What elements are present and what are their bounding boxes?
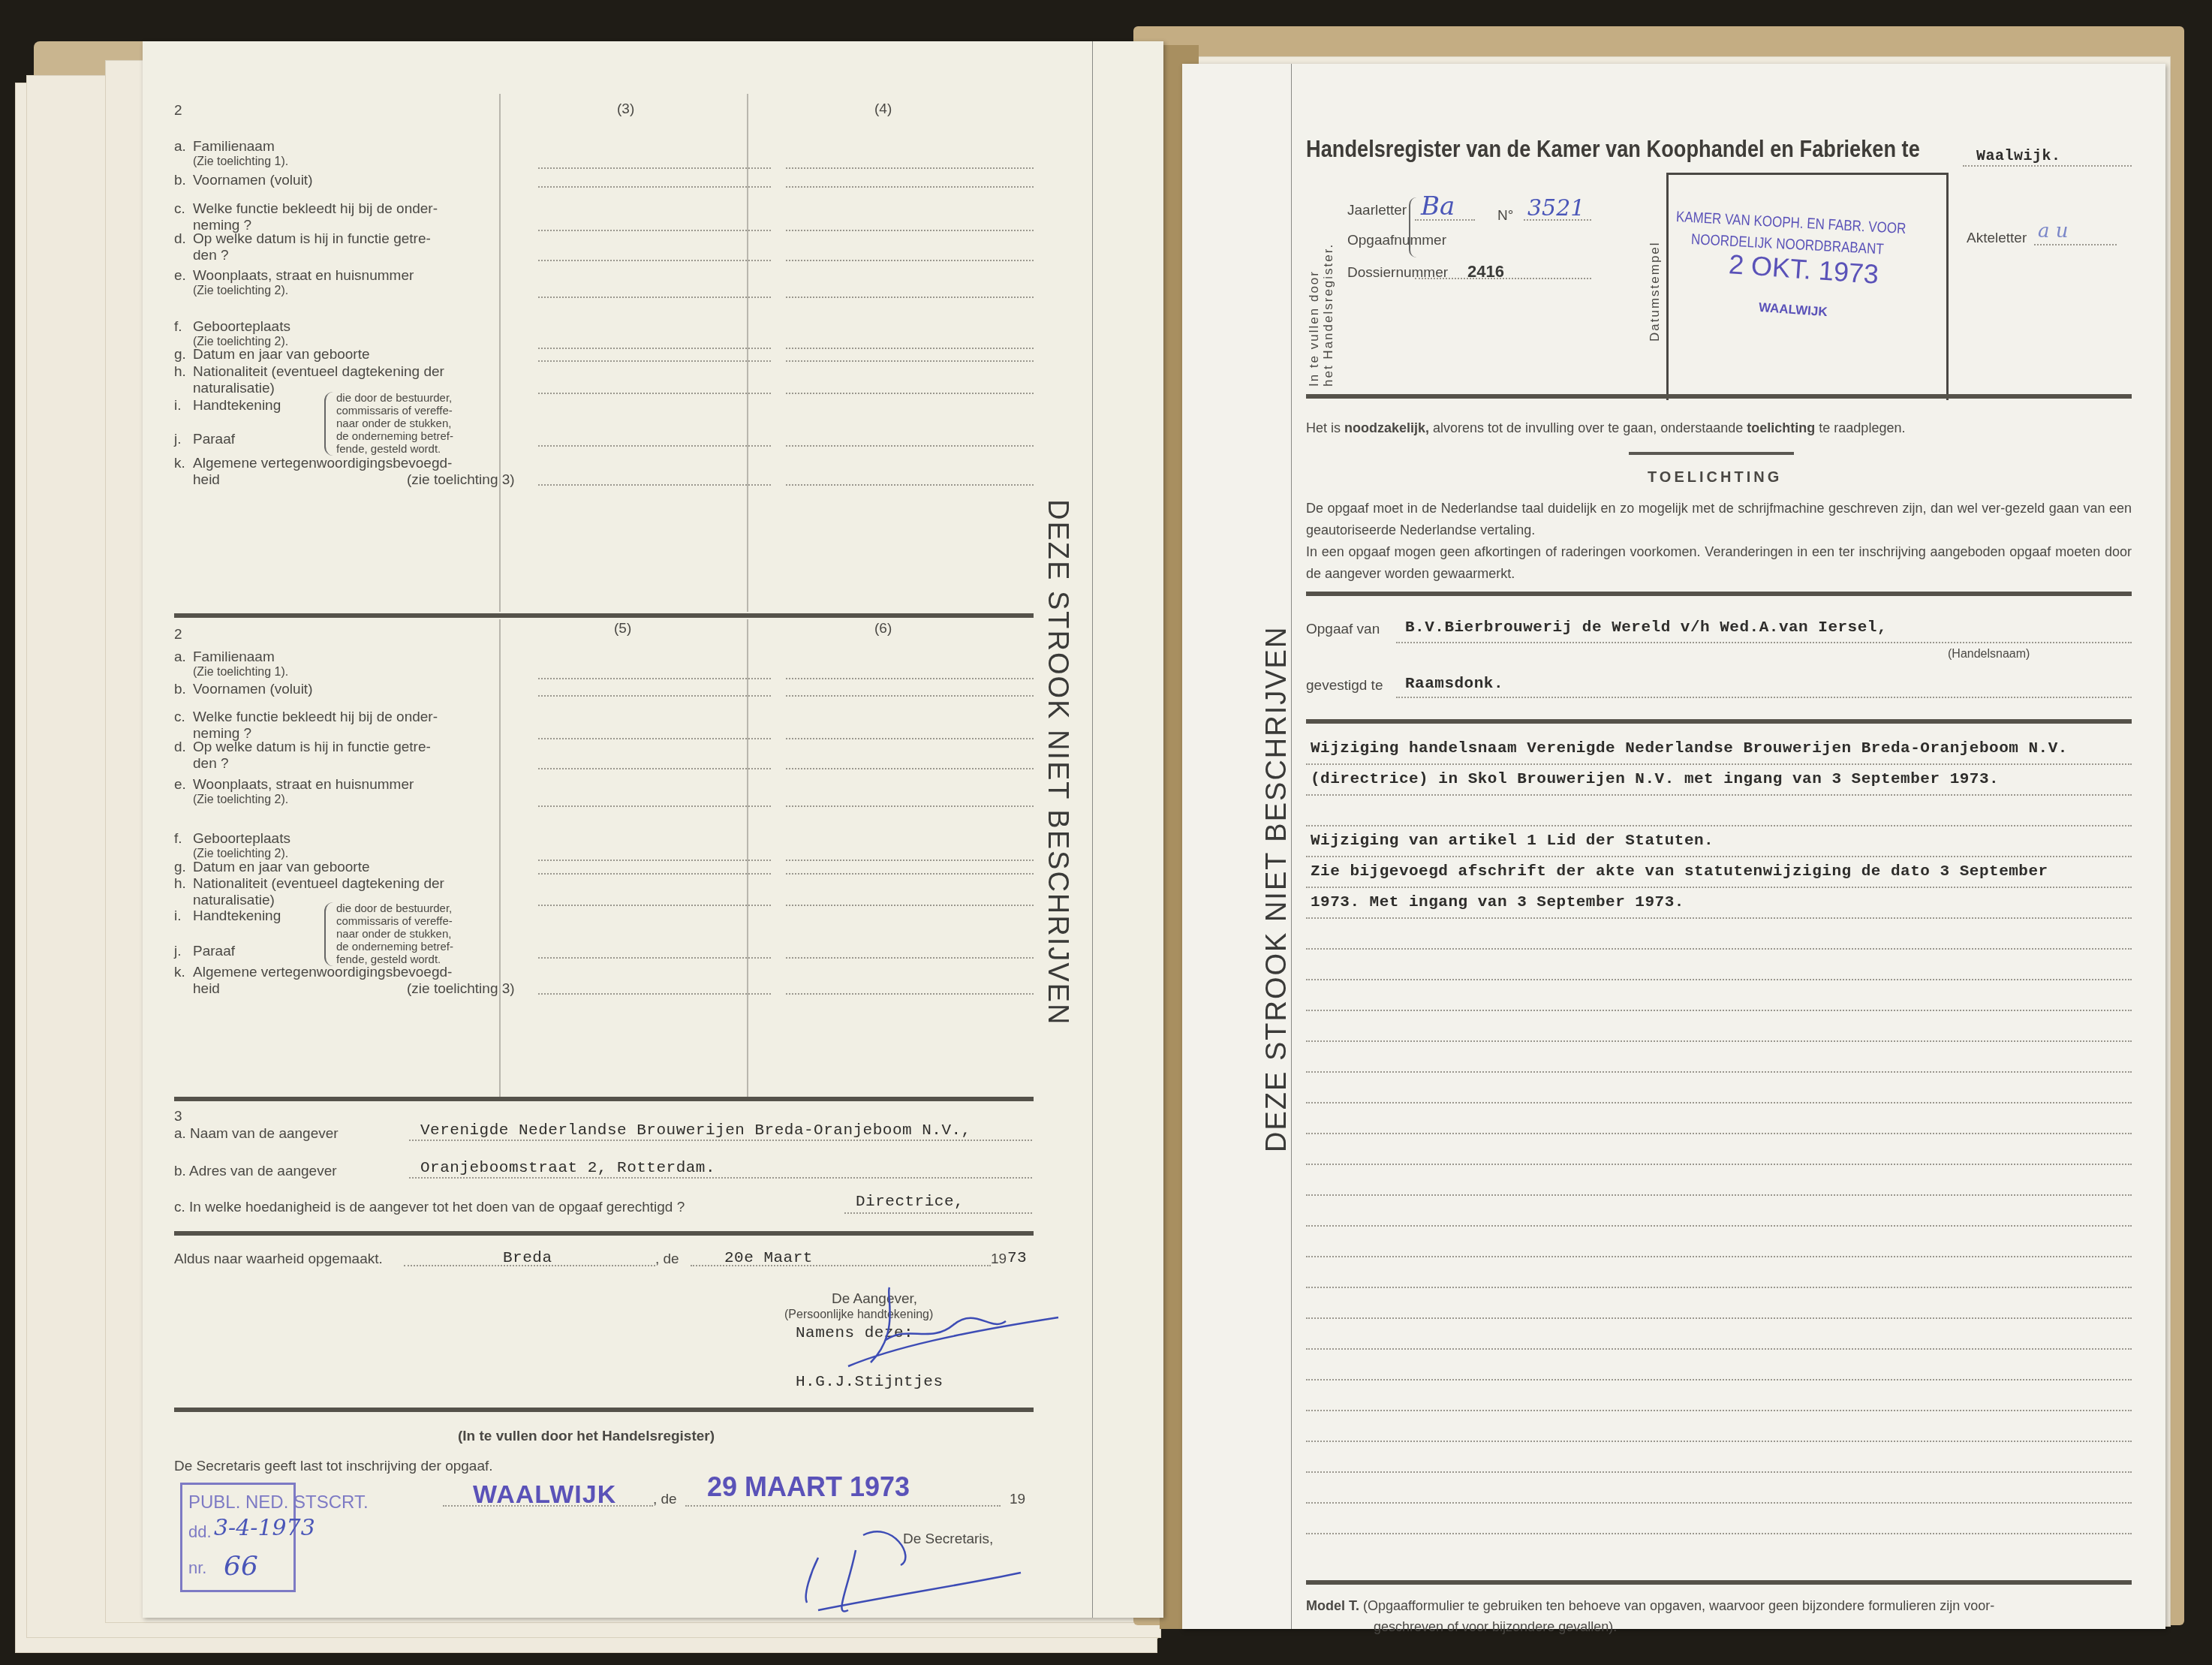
- field-label: Voornamen (voluit): [193, 682, 312, 698]
- entry-line[interactable]: [538, 348, 771, 349]
- entry-line[interactable]: [538, 186, 771, 188]
- column-header: (4): [874, 101, 892, 118]
- side-label-line: In te vullen door: [1307, 243, 1321, 387]
- column-header: (5): [614, 621, 631, 637]
- field-label: Woonplaats, straat en huisnummer: [193, 268, 414, 285]
- field-label: Op welke datum is hij in functie getre-: [193, 231, 431, 248]
- statement-text: Wijziging handelsnaam Verenigde Nederlan…: [1311, 740, 2068, 757]
- field-label: Paraaf: [193, 944, 235, 960]
- opgaaf-van-label: Opgaaf van: [1306, 622, 1380, 638]
- field-sublabel: (Zie toelichting 2).: [193, 793, 288, 807]
- entry-line[interactable]: [786, 393, 1034, 394]
- entry-line[interactable]: [786, 297, 1034, 298]
- registry-note: (In te vullen door het Handelsregister): [458, 1429, 715, 1445]
- field-key: b.: [174, 173, 186, 189]
- field-line: [409, 1177, 1032, 1179]
- entry-line[interactable]: [786, 860, 1034, 861]
- field-label: Datum en jaar van geboorte: [193, 347, 370, 363]
- field-key: j.: [174, 944, 182, 960]
- blank-line[interactable]: [1306, 1227, 2132, 1257]
- strip-warning: DEZE STROOK NIET BESCHRIJVEN: [1041, 499, 1073, 1025]
- registry-side-label: In te vullen door het Handelsregister.: [1307, 243, 1335, 387]
- brace-note-line: fende, gesteld wordt.: [336, 953, 453, 966]
- field-key: g.: [174, 347, 186, 363]
- aangever-capacity-value[interactable]: Directrice,: [856, 1194, 964, 1211]
- field-label: Datum en jaar van geboorte: [193, 860, 370, 876]
- field-key: a.: [174, 649, 186, 666]
- aangever-capacity-label: c. In welke hoedanigheid is de aangever …: [174, 1200, 685, 1216]
- brace-note-line: de onderneming betref-: [336, 941, 453, 953]
- field-sublabel: naturalisatie): [193, 893, 275, 909]
- entry-line[interactable]: [786, 186, 1034, 188]
- field-key: e.: [174, 268, 186, 285]
- entry-line[interactable]: [538, 957, 771, 959]
- field-sublabel: (Zie toelichting 2).: [193, 285, 288, 298]
- declaration-place[interactable]: Breda: [503, 1250, 552, 1267]
- field-label: Paraaf: [193, 432, 235, 448]
- model-text: (Opgaafformulier te gebruiken ten behoev…: [1363, 1598, 1994, 1613]
- entry-line[interactable]: [538, 484, 771, 486]
- handelsnaam-label: (Handelsnaam): [1948, 648, 2030, 661]
- blank-line[interactable]: [1306, 980, 2132, 1011]
- entry-line[interactable]: [538, 393, 771, 394]
- blank-line[interactable]: [1306, 919, 2132, 950]
- field-key: h.: [174, 364, 186, 381]
- date-stamp: 29 MAART 1973: [707, 1471, 910, 1503]
- field-label: Nationaliteit (eventueel dagtekening der: [193, 876, 444, 893]
- blank-line[interactable]: [1306, 1073, 2132, 1103]
- k-note: (zie toelichting 3): [407, 472, 515, 489]
- blank-line[interactable]: [1306, 1504, 2132, 1534]
- statement-body: Wijziging handelsnaam Verenigde Nederlan…: [1306, 734, 2132, 1534]
- field-label: Welke functie bekleedt hij bij de onder-: [193, 709, 438, 726]
- field-key: a.: [174, 139, 186, 155]
- entry-line[interactable]: [538, 297, 771, 298]
- aangever-address-value[interactable]: Oranjeboomstraat 2, Rotterdam.: [420, 1160, 715, 1177]
- field-key: f.: [174, 319, 182, 336]
- notice-part: noodzakelijk,: [1344, 420, 1429, 435]
- stamp-place: WAALWIJK: [1758, 300, 1828, 320]
- signature-secretary: [803, 1513, 1028, 1625]
- field-key: e.: [174, 777, 186, 793]
- field-key: j.: [174, 432, 182, 448]
- field-key: d.: [174, 739, 186, 756]
- entry-line[interactable]: [786, 348, 1034, 349]
- field-key: c.: [174, 201, 185, 218]
- brace-note-line: die door de bestuurder,: [336, 902, 453, 915]
- field-label: Voornamen (voluit): [193, 173, 312, 189]
- de-label: , de: [653, 1492, 677, 1508]
- blank-line[interactable]: [1306, 1103, 2132, 1134]
- entry-line[interactable]: [538, 993, 771, 995]
- field-label: Handtekening: [193, 908, 281, 925]
- declaration-date[interactable]: 20e Maart: [724, 1250, 813, 1267]
- publication-stamp: PUBL. NED. STSCRT. dd. 3-4-1973 nr. 66: [180, 1483, 296, 1592]
- field-line: [2034, 244, 2117, 245]
- model-label: Model T.: [1306, 1598, 1359, 1613]
- signature-aangever: [841, 1280, 1066, 1377]
- field-key: k.: [174, 456, 185, 472]
- field-line: [409, 1140, 1032, 1141]
- stamp-nr-value: 66: [224, 1551, 258, 1582]
- section-divider: [174, 613, 1034, 618]
- statement-text: Wijziging van artikel 1 Lid der Statuten…: [1311, 832, 1714, 850]
- entry-line[interactable]: [538, 260, 771, 261]
- section-divider: [174, 1097, 1034, 1101]
- year-suffix[interactable]: 73: [1007, 1250, 1027, 1267]
- field-label: Algemene vertegenwoordigingsbevoegd-: [193, 456, 452, 472]
- section-divider: [1306, 1580, 2132, 1585]
- blank-line[interactable]: [1306, 1411, 2132, 1442]
- entry-line[interactable]: [786, 738, 1034, 739]
- blank-line[interactable]: [1306, 1196, 2132, 1227]
- section-number: 3: [174, 1109, 182, 1125]
- entry-line[interactable]: [538, 678, 771, 679]
- entry-line[interactable]: [786, 678, 1034, 679]
- field-label: Welke functie bekleedt hij bij de onder-: [193, 201, 438, 218]
- field-line: [685, 1505, 1001, 1507]
- no-label: N°: [1497, 208, 1513, 224]
- signatory-name: H.G.J.Stijntjes: [796, 1374, 943, 1391]
- left-form-page: DEZE STROOK NIET BESCHRIJVEN 2 (3) (4) a…: [143, 41, 1163, 1618]
- field-key: h.: [174, 876, 186, 893]
- footer-model-note: Model T. (Opgaafformulier te gebruiken t…: [1306, 1595, 2132, 1637]
- stamp-nr-label: nr.: [188, 1558, 206, 1578]
- entry-line[interactable]: [786, 805, 1034, 807]
- field-label: Handtekening: [193, 398, 281, 414]
- strip-border: [1092, 41, 1093, 1618]
- year-label: 19: [1010, 1492, 1025, 1508]
- column-divider: [747, 94, 748, 612]
- field-sublabel: heid: [193, 981, 220, 998]
- entry-line[interactable]: [538, 445, 771, 447]
- section-divider: [174, 1231, 1034, 1236]
- signature-brace-note: die door de bestuurder,commissaris of ve…: [324, 902, 453, 966]
- form-title: Handelsregister van de Kamer van Koophan…: [1306, 135, 2028, 163]
- blank-line[interactable]: [1306, 1473, 2132, 1504]
- section-divider: [174, 1408, 1034, 1412]
- brace-note-line: naar onder de stukken,: [336, 928, 453, 941]
- blank-line[interactable]: [1306, 1319, 2132, 1350]
- entry-line[interactable]: [786, 260, 1034, 261]
- section-divider: [1306, 719, 2132, 724]
- field-label: Woonplaats, straat en huisnummer: [193, 777, 414, 793]
- field-key: i.: [174, 398, 182, 414]
- field-label: Familienaam: [193, 649, 275, 666]
- notice-text: Het is noodzakelijk, alvorens tot de inv…: [1306, 420, 1905, 436]
- field-sublabel: den ?: [193, 756, 229, 772]
- entry-line[interactable]: [538, 695, 771, 697]
- column-header: (3): [617, 101, 634, 118]
- gevestigd-value[interactable]: Raamsdonk.: [1405, 676, 1503, 693]
- brace-note-line: fende, gesteld wordt.: [336, 443, 453, 456]
- field-line: [1396, 697, 2132, 698]
- akteletter-label: Akteletter: [1967, 230, 2027, 247]
- statement-line[interactable]: [1306, 796, 2132, 826]
- field-label: Algemene vertegenwoordigingsbevoegd-: [193, 965, 452, 981]
- no-value[interactable]: 3521: [1527, 195, 1585, 221]
- field-line: [1396, 642, 2132, 643]
- jaarletter-value[interactable]: Ba: [1421, 191, 1455, 221]
- dossiernummer-value[interactable]: 2416: [1467, 262, 1504, 282]
- aangever-name-value[interactable]: Verenigde Nederlandse Brouwerijen Breda-…: [420, 1122, 971, 1140]
- field-sublabel: naturalisatie): [193, 381, 275, 397]
- entry-line[interactable]: [538, 230, 771, 231]
- statement-text: Zie bijgevoegd afschrift der akte van st…: [1311, 863, 2048, 881]
- toelichting-p1: De opgaaf moet in de Nederlandse taal du…: [1306, 498, 2132, 541]
- signature-brace-note: die door de bestuurder,commissaris of ve…: [324, 392, 453, 456]
- entry-line[interactable]: [786, 993, 1034, 995]
- blank-line[interactable]: [1306, 1380, 2132, 1411]
- field-key: c.: [174, 709, 185, 726]
- datumstempel-label: Datumstempel: [1648, 241, 1663, 342]
- declaration-label: Aldus naar waarheid opgemaakt.: [174, 1251, 383, 1268]
- entry-line[interactable]: [538, 768, 771, 769]
- field-label: Op welke datum is hij in functie getre-: [193, 739, 431, 756]
- aangever-address-label: b. Adres van de aangever: [174, 1164, 337, 1180]
- year-prefix: 19: [991, 1251, 1007, 1268]
- brace: [1409, 197, 1416, 257]
- title-place[interactable]: Waalwijk.: [1976, 148, 2061, 165]
- blank-line[interactable]: [1306, 1042, 2132, 1073]
- statement-text: 1973. Met ingang van 3 September 1973.: [1311, 894, 1684, 911]
- blank-line[interactable]: [1306, 1134, 2132, 1165]
- section-number: 2: [174, 627, 182, 643]
- field-label: Geboorteplaats: [193, 831, 290, 848]
- field-line: [844, 1212, 1032, 1214]
- statement-line[interactable]: 1973. Met ingang van 3 September 1973.: [1306, 888, 2132, 919]
- entry-line[interactable]: [786, 957, 1034, 959]
- statement-text: (directrice) in Skol Brouwerijen N.V. me…: [1311, 771, 1999, 788]
- brace-note-line: naar onder de stukken,: [336, 417, 453, 430]
- entry-line[interactable]: [786, 360, 1034, 362]
- de-label: , de: [655, 1251, 679, 1268]
- side-label-line: het Handelsregister.: [1321, 243, 1335, 387]
- heading-rule: [1629, 452, 1794, 455]
- entry-line[interactable]: [538, 738, 771, 739]
- date-stamp-box: KAMER VAN KOOPH. EN FABR. VOOR NOORDELIJ…: [1666, 173, 1949, 400]
- statement-line[interactable]: Wijziging van artikel 1 Lid der Statuten…: [1306, 826, 2132, 857]
- field-sublabel: den ?: [193, 248, 229, 264]
- entry-line[interactable]: [538, 167, 771, 169]
- jaarletter-label: Jaarletter: [1347, 203, 1407, 219]
- field-key: k.: [174, 965, 185, 981]
- blank-line[interactable]: [1306, 950, 2132, 980]
- column-header: (6): [874, 621, 892, 637]
- entry-line[interactable]: [786, 873, 1034, 875]
- blank-line[interactable]: [1306, 1442, 2132, 1473]
- field-key: b.: [174, 682, 186, 698]
- section-divider: [1306, 394, 2132, 399]
- brace-note-line: de onderneming betref-: [336, 430, 453, 443]
- field-sublabel: (Zie toelichting 1).: [193, 666, 288, 679]
- form-title-text: Handelsregister van de Kamer van Koophan…: [1306, 135, 1920, 163]
- field-key: i.: [174, 908, 182, 925]
- column-divider: [499, 619, 501, 1100]
- brace-note-line: commissaris of vereffe-: [336, 915, 453, 928]
- blank-line[interactable]: [1306, 1350, 2132, 1380]
- right-form-page: DEZE STROOK NIET BESCHRIJVEN Handelsregi…: [1182, 64, 2165, 1629]
- statement-line[interactable]: Wijziging handelsnaam Verenigde Nederlan…: [1306, 734, 2132, 765]
- gevestigd-label: gevestigd te: [1306, 678, 1383, 694]
- field-label: Familienaam: [193, 139, 275, 155]
- stamp-title: PUBL. NED. STSCRT.: [188, 1492, 369, 1513]
- statement-line[interactable]: Zie bijgevoegd afschrift der akte van st…: [1306, 857, 2132, 888]
- notice-part: alvorens tot de invulling over te gaan, …: [1429, 420, 1747, 435]
- k-note: (zie toelichting 3): [407, 981, 515, 998]
- place-stamp: WAALWIJK: [473, 1480, 616, 1510]
- entry-line[interactable]: [538, 860, 771, 861]
- entry-line[interactable]: [786, 695, 1034, 697]
- model-text-cont: geschreven of voor bijzondere gevallen).: [1306, 1616, 2132, 1637]
- statement-line[interactable]: (directrice) in Skol Brouwerijen N.V. me…: [1306, 765, 2132, 796]
- akteletter-value[interactable]: a u: [2038, 220, 2069, 242]
- blank-line[interactable]: [1306, 1288, 2132, 1319]
- entry-line[interactable]: [538, 805, 771, 807]
- entry-line[interactable]: [786, 484, 1034, 486]
- opgaaf-van-value[interactable]: B.V.Bierbrouwerij de Wereld v/h Wed.A.va…: [1405, 619, 1887, 637]
- field-key: g.: [174, 860, 186, 876]
- toelichting-p2: In een opgaaf mogen geen afkortingen of …: [1306, 541, 2132, 585]
- stamp-dd-label: dd.: [188, 1522, 212, 1542]
- entry-line[interactable]: [786, 905, 1034, 906]
- notice-part: toelichting: [1747, 420, 1815, 435]
- blank-line[interactable]: [1306, 1011, 2132, 1042]
- aangever-name-label: a. Naam van de aangever: [174, 1126, 339, 1143]
- brace-note-line: die door de bestuurder,: [336, 392, 453, 405]
- blank-line[interactable]: [1306, 1257, 2132, 1288]
- field-line: [1963, 165, 2132, 167]
- field-key: d.: [174, 231, 186, 248]
- strip-warning: DEZE STROOK NIET BESCHRIJVEN: [1261, 626, 1293, 1152]
- toelichting-heading: TOELICHTING: [1648, 469, 1782, 486]
- field-label: Geboorteplaats: [193, 319, 290, 336]
- field-sublabel: heid: [193, 472, 220, 489]
- section-divider: [1306, 592, 2132, 596]
- field-label: Nationaliteit (eventueel dagtekening der: [193, 364, 444, 381]
- field-sublabel: (Zie toelichting 1).: [193, 155, 288, 169]
- entry-line[interactable]: [538, 905, 771, 906]
- entry-line[interactable]: [786, 167, 1034, 169]
- entry-line[interactable]: [786, 445, 1034, 447]
- brace-note-line: commissaris of vereffe-: [336, 405, 453, 417]
- field-key: f.: [174, 831, 182, 848]
- column-divider: [499, 94, 501, 612]
- entry-line[interactable]: [786, 768, 1034, 769]
- stamp-dd-value: 3-4-1973: [214, 1515, 315, 1541]
- notice-part: Het is: [1306, 420, 1344, 435]
- notice-part: te raadplegen.: [1815, 420, 1905, 435]
- entry-line[interactable]: [538, 360, 771, 362]
- secretary-instruction: De Secretaris geeft last tot inschrijvin…: [174, 1459, 493, 1475]
- section-number: 2: [174, 103, 182, 119]
- opgaafnummer-label: Opgaafnummer: [1347, 233, 1446, 249]
- entry-line[interactable]: [786, 230, 1034, 231]
- entry-line[interactable]: [538, 873, 771, 875]
- blank-line[interactable]: [1306, 1165, 2132, 1196]
